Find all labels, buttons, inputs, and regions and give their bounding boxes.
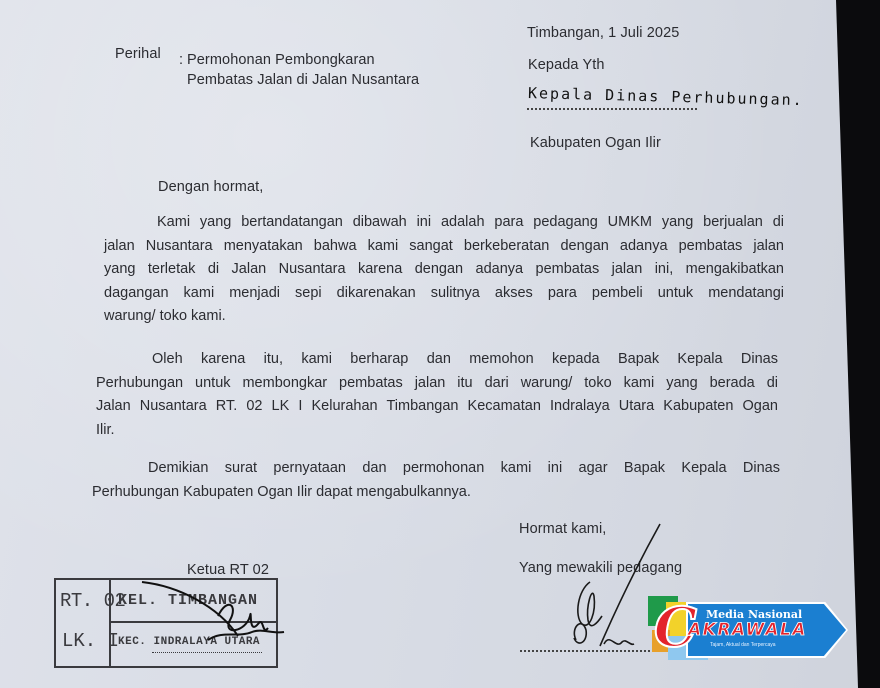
- representative-signature-line: [520, 650, 650, 652]
- subject-label: Perihal: [115, 44, 161, 64]
- subject-line-1: Permohonan Pembongkaran: [187, 50, 375, 70]
- logo-tagline: Tajam, Aktual dan Terpercaya: [710, 642, 776, 648]
- paragraph-3-line-1: Demikian surat pernyataan dan permohonan…: [92, 457, 780, 481]
- paragraph-1-line-3: yang terletak di Jalan Nusantara karena …: [104, 258, 784, 282]
- stamp-rt: RT. 02: [60, 590, 125, 612]
- rt-head-signature: [138, 576, 288, 656]
- paragraph-1: Kami yang bertandatangan dibawah ini ada…: [104, 211, 784, 329]
- logo-brand: AKRAWALA: [688, 620, 807, 640]
- place-date: Timbangan, 1 Juli 2025: [527, 23, 679, 43]
- subject-separator: :: [179, 50, 183, 70]
- paragraph-2: Oleh karena itu, kami berharap dan memoh…: [96, 348, 778, 442]
- paragraph-1-line-2: jalan Nusantara menyatakan bahwa kami sa…: [104, 235, 784, 259]
- paragraph-2-line-4: Ilir.: [96, 419, 778, 443]
- subject-line-2: Pembatas Jalan di Jalan Nusantara: [187, 70, 419, 90]
- paragraph-2-line-2: Perhubungan untuk membongkar pembatas ja…: [96, 372, 778, 396]
- paragraph-1-line-4: dagangan kami menjadi sepi dikarenakan s…: [104, 282, 784, 306]
- paragraph-1-line-5: warung/ toko kami.: [104, 305, 784, 329]
- paragraph-3: Demikian surat pernyataan dan permohonan…: [92, 457, 780, 504]
- paragraph-2-line-3: Jalan Nusantara RT. 02 LK I Kelurahan Ti…: [96, 395, 778, 419]
- paragraph-3-line-2: Perhubungan Kabupaten Ogan Ilir dapat me…: [92, 481, 780, 505]
- paragraph-1-line-1: Kami yang bertandatangan dibawah ini ada…: [104, 211, 784, 235]
- recipient-location: Kabupaten Ogan Ilir: [530, 133, 661, 153]
- recipient-salutation: Kepada Yth: [528, 55, 605, 75]
- paragraph-2-line-1: Oleh karena itu, kami berharap dan memoh…: [96, 348, 778, 372]
- greeting: Dengan hormat,: [158, 177, 263, 197]
- media-cakrawala-logo: C Media Nasional AKRAWALA Tajam, Aktual …: [648, 596, 846, 660]
- recipient-dotted-line: [527, 108, 697, 110]
- stamp-lk: LK. I: [62, 630, 119, 652]
